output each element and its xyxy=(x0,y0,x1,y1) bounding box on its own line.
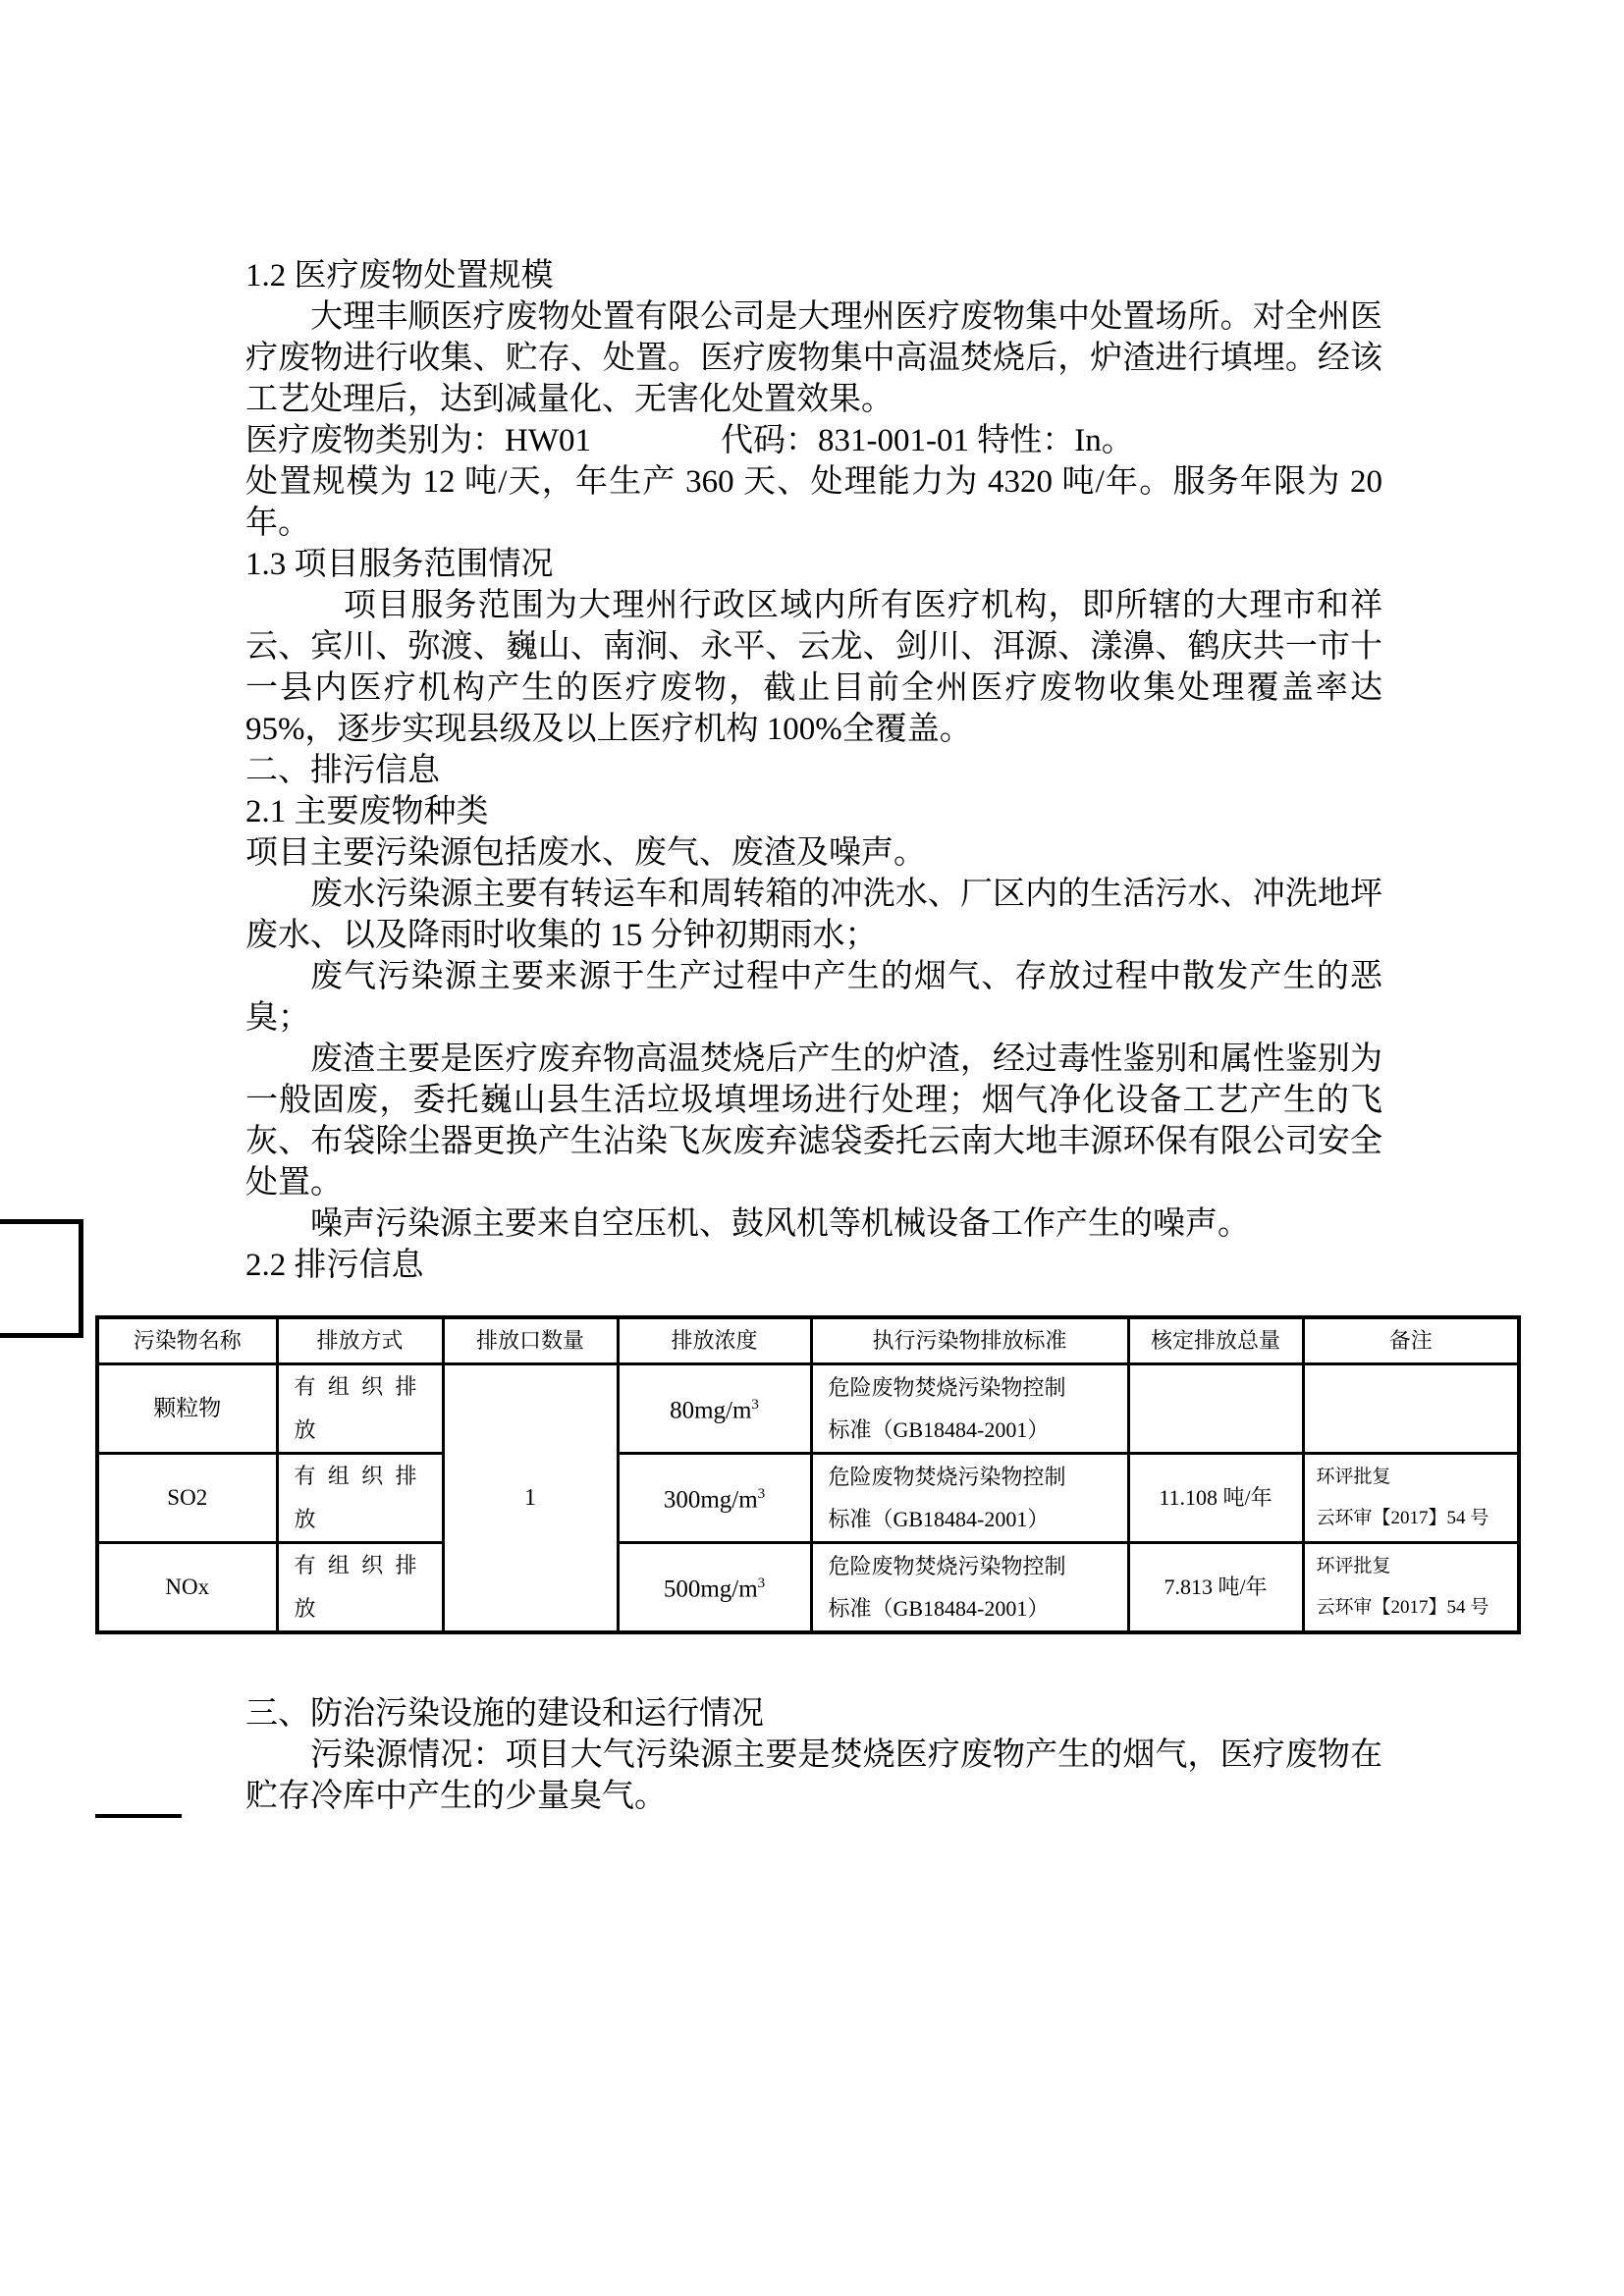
para-wastewater: 废水污染源主要有转运车和周转箱的冲洗水、厂区内的生活污水、冲洗地坪废水、以及降雨… xyxy=(245,874,1382,956)
concentration-value: 300mg/m xyxy=(664,1487,758,1514)
table-row-nox: NOx 有组织排放 500mg/m3 危险废物焚烧污染物控制标准（GB18484… xyxy=(97,1542,1519,1632)
emission-mode-text: 有组织排放 xyxy=(295,1544,424,1630)
emission-mode-cell: 有组织排放 xyxy=(277,1363,443,1453)
remark-cell: 环评批复 云环审【2017】54 号 xyxy=(1303,1453,1519,1542)
approved-total-cell: 7.813 吨/年 xyxy=(1128,1542,1303,1632)
heading-3: 三、防治污染设施的建设和运行情况 xyxy=(245,1693,1382,1735)
pollutant-name-cell: SO2 xyxy=(97,1453,277,1542)
para-residue: 废渣主要是医疗废弃物高温焚烧后产生的炉渣，经过毒性鉴别和属性鉴别为一般固废，委托… xyxy=(245,1039,1382,1203)
standard-text: 危险废物焚烧污染物控制标准（GB18484-2001） xyxy=(829,1456,1066,1540)
heading-2: 二、排污信息 xyxy=(245,750,1382,791)
concentration-value: 80mg/m xyxy=(670,1398,751,1424)
header-emission-mode: 排放方式 xyxy=(277,1317,443,1363)
standard-cell: 危险废物焚烧污染物控制标准（GB18484-2001） xyxy=(811,1542,1128,1632)
concentration-exponent: 3 xyxy=(758,1575,766,1591)
para-noise: 噪声污染源主要来自空压机、鼓风机等机械设备工作产生的噪声。 xyxy=(245,1203,1382,1245)
remark-cell xyxy=(1303,1363,1519,1453)
emission-table: 污染物名称 排放方式 排放口数量 排放浓度 执行污染物排放标准 核定排放总量 备… xyxy=(95,1315,1521,1634)
standard-cell: 危险废物焚烧污染物控制标准（GB18484-2001） xyxy=(811,1453,1128,1542)
para-pollution-sources: 项目主要污染源包括废水、废气、废渣及噪声。 xyxy=(245,832,1382,874)
standard-cell: 危险废物焚烧污染物控制标准（GB18484-2001） xyxy=(811,1363,1128,1453)
approved-total-cell: 11.108 吨/年 xyxy=(1128,1453,1303,1542)
remark-line-1: 环评批复 xyxy=(1317,1457,1518,1498)
concentration-cell: 300mg/m3 xyxy=(618,1453,811,1542)
concentration-exponent: 3 xyxy=(751,1397,759,1413)
line-waste-category: 医疗废物类别为：HW01 代码：831-001-01 特性：In。 xyxy=(245,420,1382,461)
approved-total-cell xyxy=(1128,1363,1303,1453)
table-row-so2: SO2 有组织排放 300mg/m3 危险废物焚烧污染物控制标准（GB18484… xyxy=(97,1453,1519,1542)
header-approved-total: 核定排放总量 xyxy=(1128,1317,1303,1363)
document-content: 1.2 医疗废物处置规模 大理丰顺医疗废物处置有限公司是大理州医疗废物集中处置场… xyxy=(245,255,1382,1817)
para-service-scope: 项目服务范围为大理州行政区域内所有医疗机构，即所辖的大理市和祥云、宾川、弥渡、巍… xyxy=(245,585,1382,750)
concentration-cell: 500mg/m3 xyxy=(618,1542,811,1632)
emission-mode-cell: 有组织排放 xyxy=(277,1542,443,1632)
heading-2-1: 2.1 主要废物种类 xyxy=(245,791,1382,832)
table-row-particulate: 颗粒物 有组织排放 1 80mg/m3 危险废物焚烧污染物控制标准（GB1848… xyxy=(97,1363,1519,1453)
remark-line-1: 环评批复 xyxy=(1317,1546,1518,1587)
table-header-row: 污染物名称 排放方式 排放口数量 排放浓度 执行污染物排放标准 核定排放总量 备… xyxy=(97,1317,1519,1363)
heading-2-2: 2.2 排污信息 xyxy=(245,1245,1382,1286)
heading-1-2: 1.2 医疗废物处置规模 xyxy=(245,255,1382,296)
header-emission-concentration: 排放浓度 xyxy=(618,1317,811,1363)
line-disposal-capacity: 处置规模为 12 吨/天，年生产 360 天、处理能力为 4320 吨/年。服务… xyxy=(245,461,1382,544)
pollutant-name-cell: 颗粒物 xyxy=(97,1363,277,1453)
para-waste-gas: 废气污染源主要来源于生产过程中产生的烟气、存放过程中散发产生的恶臭； xyxy=(245,956,1382,1039)
para-source-situation: 污染源情况：项目大气污染源主要是焚烧医疗废物产生的烟气，医疗废物在贮存冷库中产生… xyxy=(245,1735,1382,1817)
emission-mode-text: 有组织排放 xyxy=(295,1365,424,1452)
heading-1-3: 1.3 项目服务范围情况 xyxy=(245,544,1382,585)
header-pollutant-name: 污染物名称 xyxy=(97,1317,277,1363)
scan-artifact-line xyxy=(95,1814,182,1818)
remark-line-2: 云环审【2017】54 号 xyxy=(1317,1498,1518,1539)
concentration-exponent: 3 xyxy=(758,1486,766,1502)
emission-mode-text: 有组织排放 xyxy=(295,1455,424,1541)
header-emission-standard: 执行污染物排放标准 xyxy=(811,1317,1128,1363)
remark-cell: 环评批复 云环审【2017】54 号 xyxy=(1303,1542,1519,1632)
outlet-count-cell: 1 xyxy=(443,1363,618,1632)
pollutant-name-cell: NOx xyxy=(97,1542,277,1632)
remark-line-2: 云环审【2017】54 号 xyxy=(1317,1587,1518,1629)
para-disposal-scale: 大理丰顺医疗废物处置有限公司是大理州医疗废物集中处置场所。对全州医疗废物进行收集… xyxy=(245,296,1382,420)
header-remark: 备注 xyxy=(1303,1317,1519,1363)
header-outlet-count: 排放口数量 xyxy=(443,1317,618,1363)
standard-text: 危险废物焚烧污染物控制标准（GB18484-2001） xyxy=(829,1366,1066,1451)
concentration-cell: 80mg/m3 xyxy=(618,1363,811,1453)
empty-text-box xyxy=(0,1219,83,1338)
document-page: 1.2 医疗废物处置规模 大理丰顺医疗废物处置有限公司是大理州医疗废物集中处置场… xyxy=(0,0,1624,2296)
concentration-value: 500mg/m xyxy=(664,1576,758,1603)
emission-mode-cell: 有组织排放 xyxy=(277,1453,443,1542)
standard-text: 危险废物焚烧污染物控制标准（GB18484-2001） xyxy=(829,1545,1066,1629)
